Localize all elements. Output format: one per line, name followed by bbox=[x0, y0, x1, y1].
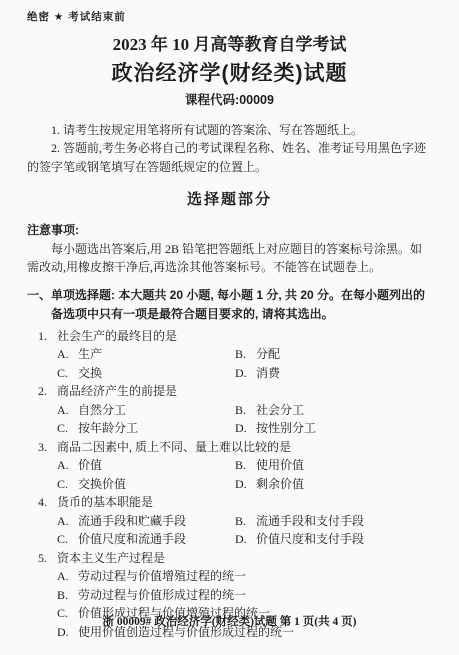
option-d: D. 消费 bbox=[235, 364, 432, 383]
course-code: 课程代码:00009 bbox=[27, 91, 432, 109]
question-2: 2. 商品经济产生的前提是 A. 自然分工 B. 社会分工 C. 按年龄分工 D… bbox=[27, 382, 432, 438]
question-number: 5. bbox=[38, 549, 57, 568]
option-label: C. bbox=[57, 475, 78, 494]
question-text: 5. 资本主义生产过程是 bbox=[27, 549, 432, 568]
option-text: 价值 bbox=[78, 456, 102, 475]
question-number: 1. bbox=[38, 327, 57, 346]
option-text: 流通手段和贮藏手段 bbox=[78, 512, 186, 531]
paper-title: 政治经济学(财经类)试题 bbox=[27, 60, 432, 88]
option-c: C. 交换价值 bbox=[57, 475, 235, 494]
option-b: B. 使用价值 bbox=[235, 456, 432, 475]
option-label: D. bbox=[235, 475, 256, 494]
option-label: A. bbox=[57, 401, 78, 420]
option-text: 流通手段和支付手段 bbox=[256, 512, 364, 531]
option-text: 劳动过程与价值形成过程的统一 bbox=[78, 586, 246, 605]
option-d: D. 按性别分工 bbox=[235, 419, 432, 438]
question-text: 3. 商品二因素中, 质上不同、量上难以比较的是 bbox=[27, 438, 432, 457]
option-text: 交换 bbox=[78, 364, 102, 383]
option-c: C. 按年龄分工 bbox=[57, 419, 235, 438]
option-a: A. 劳动过程与价值增殖过程的统一 bbox=[57, 567, 432, 586]
option-b: B. 流通手段和支付手段 bbox=[235, 512, 432, 531]
question-number: 2. bbox=[38, 382, 57, 401]
option-text: 社会分工 bbox=[256, 401, 304, 420]
option-d: D. 价值尺度和支付手段 bbox=[235, 530, 432, 549]
option-text: 按年龄分工 bbox=[78, 419, 138, 438]
option-d: D. 剩余价值 bbox=[235, 475, 432, 494]
question-stem: 资本主义生产过程是 bbox=[57, 549, 165, 568]
option-b: B. 社会分工 bbox=[235, 401, 432, 420]
option-b: B. 劳动过程与价值形成过程的统一 bbox=[57, 586, 432, 605]
option-label: B. bbox=[235, 345, 256, 364]
option-grid: A. 价值 B. 使用价值 C. 交换价值 D. 剩余价值 bbox=[27, 456, 432, 493]
section-title: 选择题部分 bbox=[27, 189, 432, 211]
option-label: D. bbox=[235, 419, 256, 438]
instruction-item-1: 1. 请考生按规定用笔将所有试题的答案涂、写在答题纸上。 bbox=[27, 121, 432, 140]
question-3: 3. 商品二因素中, 质上不同、量上难以比较的是 A. 价值 B. 使用价值 C… bbox=[27, 438, 432, 494]
notes-label: 注意事项: bbox=[27, 221, 432, 240]
part-one-heading: 一、单项选择题: 本大题共 20 小题, 每小题 1 分, 共 20 分。在每小… bbox=[27, 286, 432, 324]
option-label: B. bbox=[235, 512, 256, 531]
option-label: B. bbox=[235, 401, 256, 420]
exam-paper-page: 绝密 ★ 考试结束前 2023 年 10 月高等教育自学考试 政治经济学(财经类… bbox=[0, 0, 459, 655]
option-label: A. bbox=[57, 345, 78, 364]
notes-body: 每小题选出答案后,用 2B 铅笔把答题纸上对应题目的答案标号涂黑。如需改动,用橡… bbox=[27, 240, 432, 277]
option-text: 价值尺度和支付手段 bbox=[256, 530, 364, 549]
option-text: 生产 bbox=[78, 345, 102, 364]
option-text: 消费 bbox=[256, 364, 280, 383]
security-label: 绝密 ★ 考试结束前 bbox=[27, 8, 432, 27]
question-4: 4. 货币的基本职能是 A. 流通手段和贮藏手段 B. 流通手段和支付手段 C.… bbox=[27, 493, 432, 549]
option-c: C. 交换 bbox=[57, 364, 235, 383]
question-text: 4. 货币的基本职能是 bbox=[27, 493, 432, 512]
option-text: 使用价值 bbox=[256, 456, 304, 475]
question-stem: 货币的基本职能是 bbox=[57, 493, 153, 512]
option-label: C. bbox=[57, 530, 78, 549]
option-text: 自然分工 bbox=[78, 401, 126, 420]
option-text: 分配 bbox=[256, 345, 280, 364]
option-label: A. bbox=[57, 456, 78, 475]
option-label: D. bbox=[235, 364, 256, 383]
question-stem: 商品经济产生的前提是 bbox=[57, 382, 177, 401]
option-label: D. bbox=[235, 530, 256, 549]
option-label: B. bbox=[57, 586, 78, 605]
option-a: A. 流通手段和贮藏手段 bbox=[57, 512, 235, 531]
option-a: A. 生产 bbox=[57, 345, 235, 364]
question-1: 1. 社会生产的最终目的是 A. 生产 B. 分配 C. 交换 D. bbox=[27, 327, 432, 383]
option-text: 劳动过程与价值增殖过程的统一 bbox=[78, 567, 246, 586]
option-grid: A. 自然分工 B. 社会分工 C. 按年龄分工 D. 按性别分工 bbox=[27, 401, 432, 438]
option-label: A. bbox=[57, 567, 78, 586]
question-number: 4. bbox=[38, 493, 57, 512]
option-label: A. bbox=[57, 512, 78, 531]
option-b: B. 分配 bbox=[235, 345, 432, 364]
question-text: 2. 商品经济产生的前提是 bbox=[27, 382, 432, 401]
option-grid: A. 生产 B. 分配 C. 交换 D. 消费 bbox=[27, 345, 432, 382]
instruction-item-2: 2. 答题前,考生务必将自己的考试课程名称、姓名、准考证号用黑色字迹的签字笔或钢… bbox=[27, 139, 432, 176]
option-c: C. 价值尺度和流通手段 bbox=[57, 530, 235, 549]
option-label: C. bbox=[57, 419, 78, 438]
option-label: B. bbox=[235, 456, 256, 475]
general-instructions: 1. 请考生按规定用笔将所有试题的答案涂、写在答题纸上。 2. 答题前,考生务必… bbox=[27, 121, 432, 177]
option-text: 剩余价值 bbox=[256, 475, 304, 494]
option-a: A. 价值 bbox=[57, 456, 235, 475]
option-label: C. bbox=[57, 364, 78, 383]
option-grid: A. 流通手段和贮藏手段 B. 流通手段和支付手段 C. 价值尺度和流通手段 D… bbox=[27, 512, 432, 549]
page-footer: 浙 00009# 政治经济学(财经类)试题 第 1 页(共 4 页) bbox=[0, 613, 459, 632]
question-text: 1. 社会生产的最终目的是 bbox=[27, 327, 432, 346]
question-list: 1. 社会生产的最终目的是 A. 生产 B. 分配 C. 交换 D. bbox=[27, 327, 432, 642]
option-a: A. 自然分工 bbox=[57, 401, 235, 420]
question-stem: 社会生产的最终目的是 bbox=[57, 327, 177, 346]
exam-session-title: 2023 年 10 月高等教育自学考试 bbox=[27, 33, 432, 57]
option-text: 交换价值 bbox=[78, 475, 126, 494]
question-number: 3. bbox=[38, 438, 57, 457]
question-stem: 商品二因素中, 质上不同、量上难以比较的是 bbox=[57, 438, 291, 457]
option-text: 按性别分工 bbox=[256, 419, 316, 438]
option-text: 价值尺度和流通手段 bbox=[78, 530, 186, 549]
